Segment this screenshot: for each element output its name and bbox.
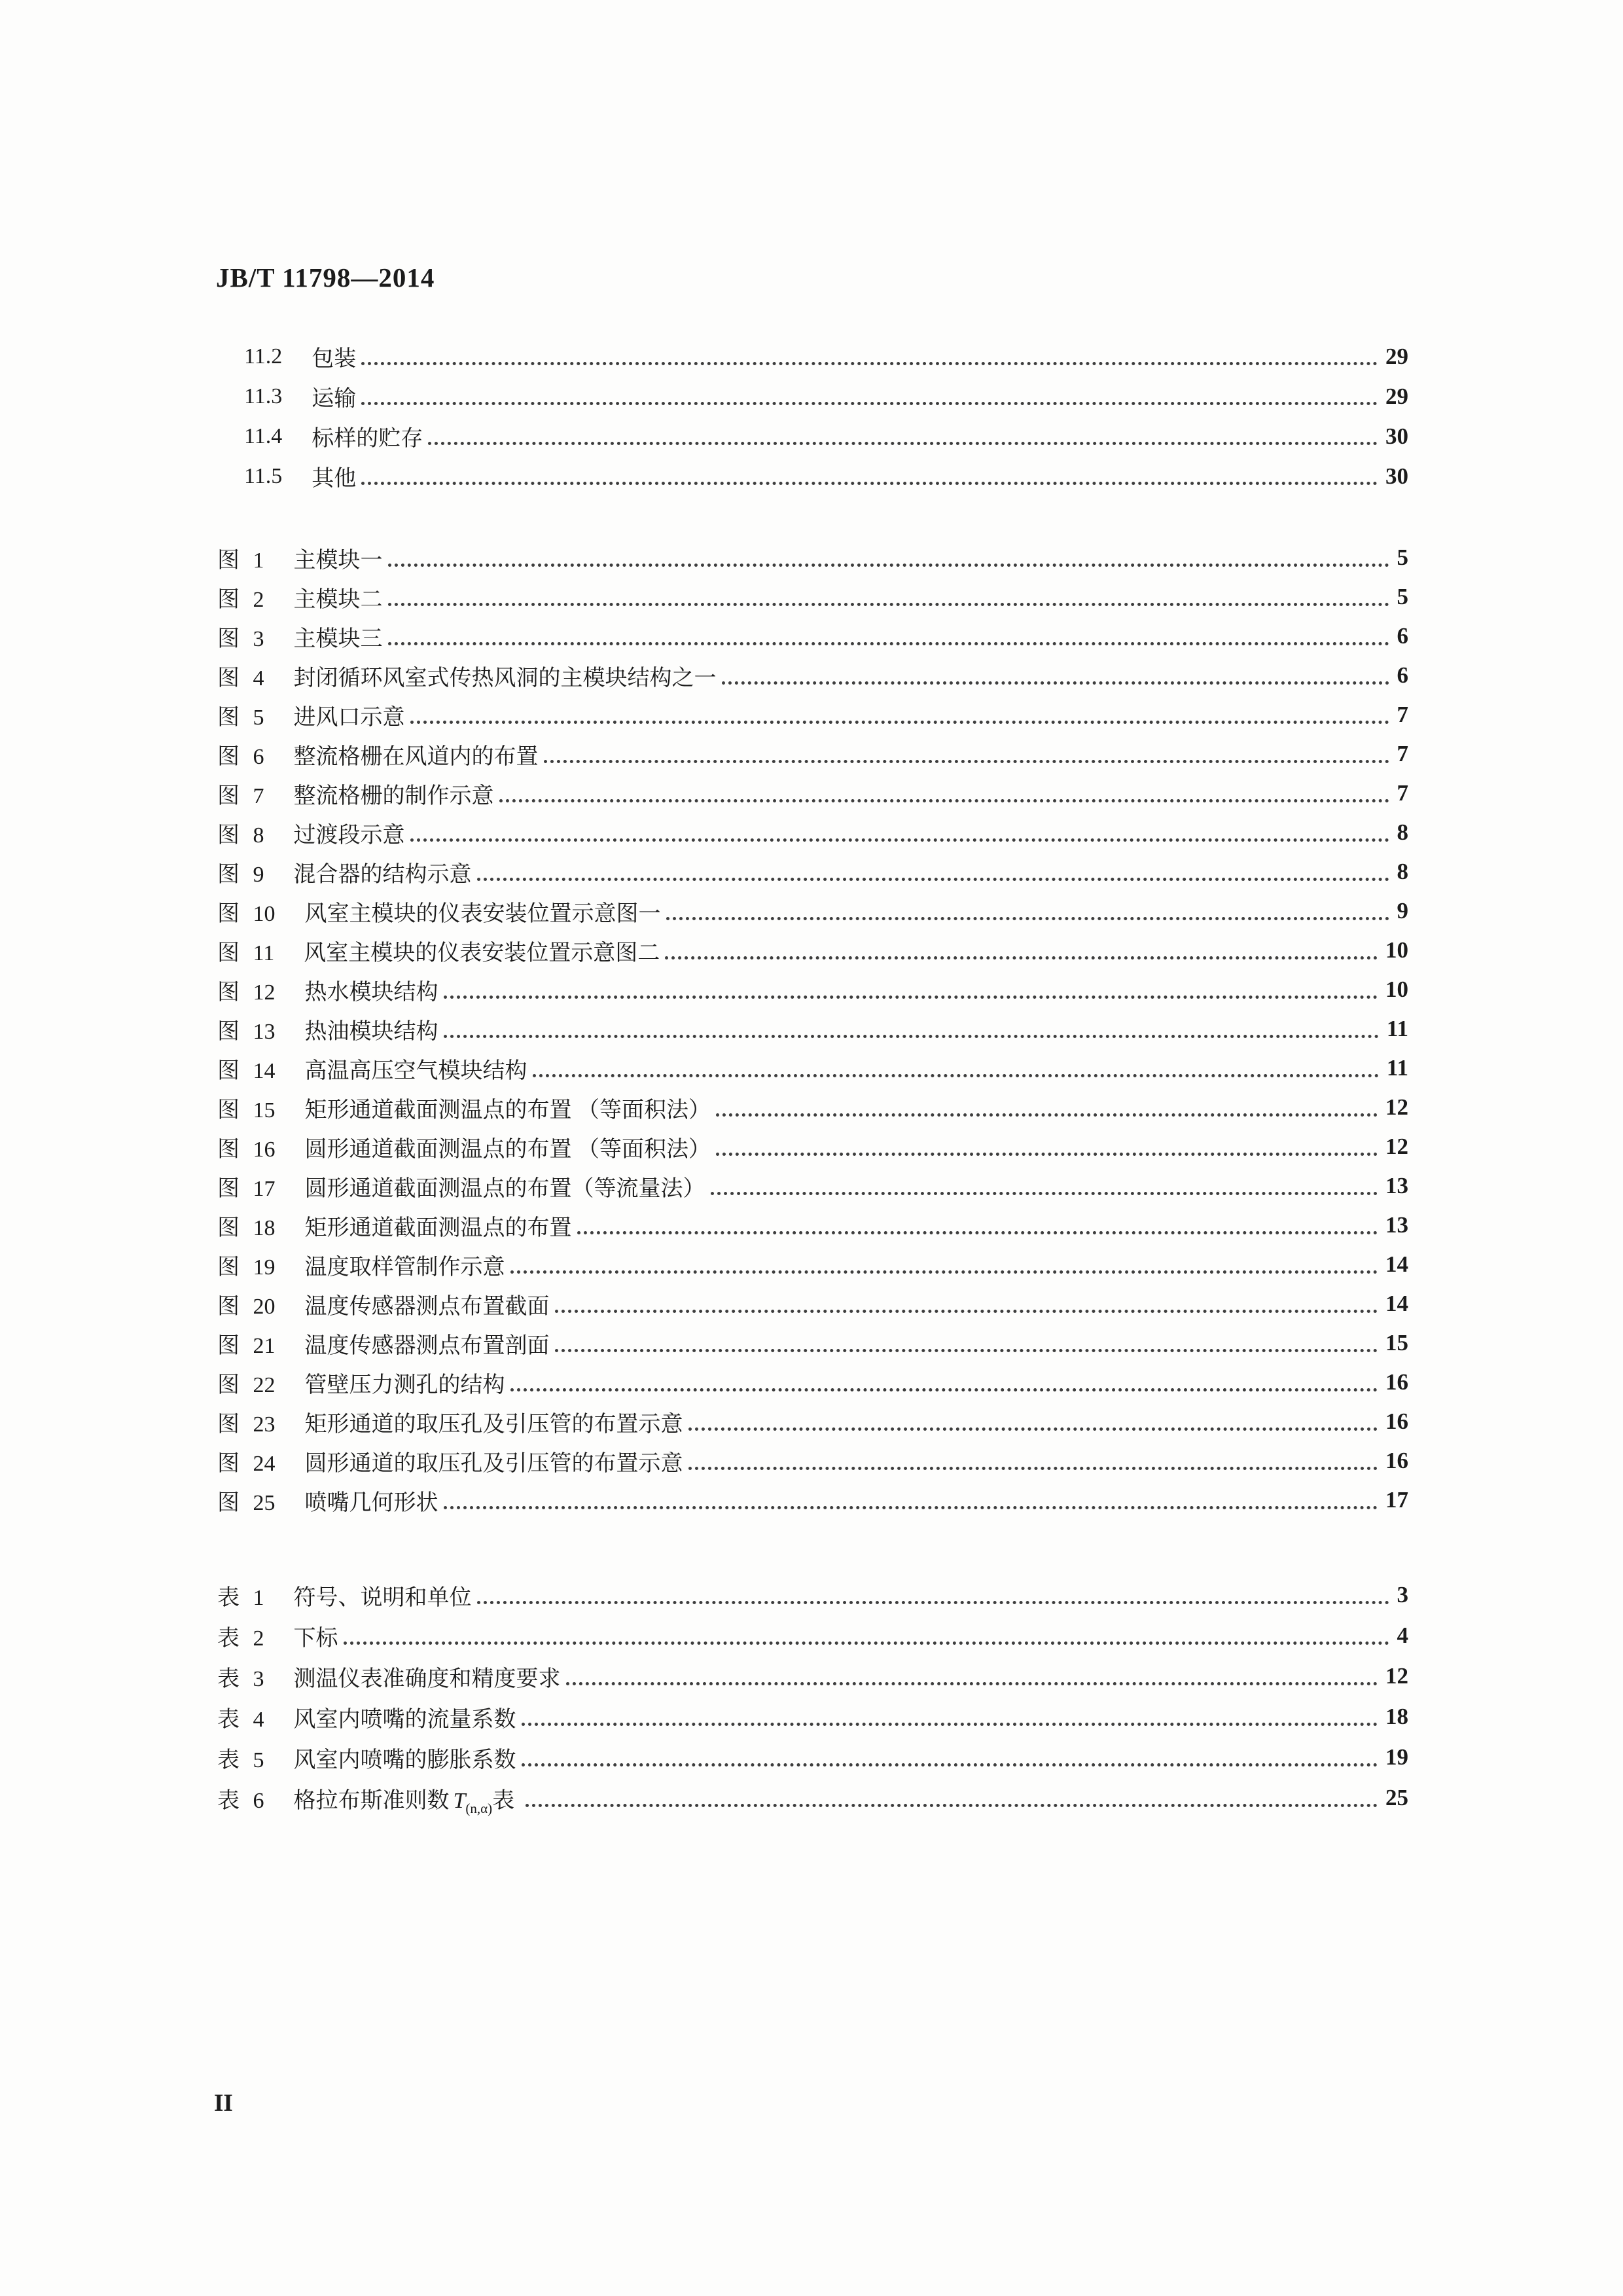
toc-entry-title: 测温仪表准确度和精度要求 — [294, 1660, 561, 1693]
toc-entry-page: 3 — [1397, 1582, 1409, 1608]
toc-entry-page: 16 — [1385, 1408, 1408, 1435]
dot-leader — [428, 442, 1378, 445]
dot-leader — [388, 642, 1389, 645]
dot-leader — [688, 1467, 1378, 1470]
toc-entry-title: 符号、说明和单位 — [294, 1579, 472, 1611]
toc-entry-title: 热油模块结构 — [305, 1013, 438, 1045]
toc-entry-page: 9 — [1397, 898, 1409, 924]
toc-entry-page: 14 — [1385, 1251, 1408, 1278]
toc-entry-page: 12 — [1385, 1134, 1408, 1160]
toc-entry-title: 格拉布斯准则数T(n,α)表 — [294, 1782, 520, 1814]
dot-leader — [555, 1349, 1378, 1352]
dot-leader — [522, 1763, 1378, 1767]
dot-leader — [477, 1601, 1389, 1604]
dot-leader — [510, 1270, 1378, 1274]
toc-entry-label: 图 4 — [217, 660, 264, 692]
toc-entry-title: 圆形通道的取压孔及引压管的布置示意 — [305, 1445, 683, 1477]
toc-entry-page: 17 — [1385, 1487, 1408, 1513]
toc-entry-label: 图 21 — [217, 1327, 276, 1359]
toc-entry: 图 11风室主模块的仪表安装位置示意图二10 — [217, 931, 1408, 970]
dot-leader — [444, 996, 1378, 999]
toc-entry: 表 3测温仪表准确度和精度要求12 — [217, 1656, 1408, 1696]
toc-entry-title: 风室内喷嘴的流量系数 — [294, 1701, 516, 1733]
toc-entry: 图 19温度取样管制作示意14 — [217, 1245, 1408, 1284]
toc-entry: 图 17圆形通道截面测温点的布置（等流量法）13 — [217, 1166, 1408, 1206]
toc-entry-page: 14 — [1385, 1291, 1408, 1317]
toc-entry-label: 图 14 — [217, 1052, 276, 1085]
dot-leader — [577, 1231, 1378, 1234]
toc-entry-page: 18 — [1385, 1704, 1408, 1730]
toc-entry-title: 矩形通道截面测温点的布置 （等面积法） — [305, 1092, 711, 1124]
toc-entry: 图 15矩形通道截面测温点的布置 （等面积法）12 — [217, 1088, 1408, 1127]
dot-leader — [716, 1153, 1378, 1156]
toc-entry-title: 下标 — [294, 1620, 338, 1652]
toc-entry-title-text: 格拉布斯准则数 — [294, 1789, 450, 1813]
toc-entry: 表 5风室内喷嘴的膨胀系数19 — [217, 1737, 1408, 1778]
toc-entry-label: 图 13 — [217, 1013, 276, 1045]
toc-table-list: 表 1符号、说明和单位3表 2下标4表 3测温仪表准确度和精度要求12表 4风室… — [217, 1575, 1408, 1818]
toc-entry: 图 24圆形通道的取压孔及引压管的布置示意16 — [217, 1441, 1408, 1480]
dot-leader — [361, 482, 1378, 485]
toc-entry-title: 圆形通道截面测温点的布置 （等面积法） — [305, 1131, 711, 1163]
dot-leader — [555, 1310, 1378, 1313]
toc-entry-label: 11.5 — [244, 464, 282, 489]
toc-entry: 图 21温度传感器测点布置剖面15 — [217, 1323, 1408, 1363]
toc-entry-label: 图 23 — [217, 1406, 276, 1438]
toc-entry-page: 6 — [1397, 662, 1409, 689]
toc-entry-label: 图 8 — [217, 817, 264, 849]
page-number: II — [214, 2089, 233, 2117]
dot-leader — [344, 1641, 1389, 1645]
toc-entry-title: 矩形通道的取压孔及引压管的布置示意 — [305, 1406, 683, 1438]
toc-entry-page: 13 — [1385, 1212, 1408, 1238]
toc-entry-page: 29 — [1385, 384, 1408, 410]
toc-entry-page: 30 — [1385, 463, 1408, 490]
toc-entry-title-text: 表 — [492, 1789, 520, 1813]
toc-entry-label: 表 6 — [217, 1782, 264, 1814]
toc-entry: 图 3主模块三6 — [217, 617, 1408, 656]
toc-entry-title: 温度传感器测点布置剖面 — [305, 1327, 550, 1359]
toc-entry-page: 7 — [1397, 741, 1409, 767]
dot-leader — [388, 564, 1389, 567]
toc-entry-page: 4 — [1397, 1623, 1409, 1649]
toc-entry-label: 图 18 — [217, 1210, 276, 1242]
toc-entry-title: 运输 — [312, 380, 356, 412]
toc-entry-label: 图 20 — [217, 1288, 276, 1320]
dot-leader — [499, 799, 1389, 802]
toc-entry-page: 19 — [1385, 1744, 1408, 1770]
toc-entry-title: 封闭循环风室式传热风洞的主模块结构之一 — [294, 660, 717, 692]
toc-entry: 图 4封闭循环风室式传热风洞的主模块结构之一6 — [217, 656, 1408, 695]
toc-entry: 图 2主模块二5 — [217, 577, 1408, 617]
toc-entry-label: 图 25 — [217, 1484, 276, 1516]
toc-entry-title: 混合器的结构示意 — [294, 856, 472, 888]
toc-entry-title: 整流格栅在风道内的布置 — [294, 738, 539, 770]
toc-entry-label: 表 3 — [217, 1660, 264, 1693]
toc-entry-page: 30 — [1385, 423, 1408, 450]
toc-entry-label: 图 7 — [217, 778, 264, 810]
dot-leader — [722, 681, 1389, 685]
dot-leader — [666, 917, 1389, 920]
toc-entry-label: 11.2 — [244, 344, 282, 369]
toc-figure-list: 图 1主模块一5图 2主模块二5图 3主模块三6图 4封闭循环风室式传热风洞的主… — [217, 538, 1408, 1520]
toc-entry: 图 10风室主模块的仪表安装位置示意图一9 — [217, 891, 1408, 931]
toc-entry-page: 5 — [1397, 545, 1409, 571]
dot-leader — [410, 721, 1389, 724]
dot-leader — [665, 956, 1378, 960]
toc-chapter-list: 11.2包装2911.3运输2911.4标样的贮存3011.5其他30 — [244, 336, 1408, 496]
toc-entry-page: 6 — [1397, 623, 1409, 649]
dot-leader — [444, 1035, 1379, 1038]
toc-entry: 图 22管壁压力测孔的结构16 — [217, 1363, 1408, 1402]
toc-entry-page: 16 — [1385, 1369, 1408, 1395]
toc-entry: 图 12热水模块结构10 — [217, 970, 1408, 1009]
toc-entry: 表 1符号、说明和单位3 — [217, 1575, 1408, 1615]
toc-entry: 图 7整流格栅的制作示意7 — [217, 774, 1408, 813]
dot-leader — [522, 1723, 1378, 1726]
toc-entry-title: 温度传感器测点布置截面 — [305, 1288, 550, 1320]
dot-leader — [510, 1388, 1378, 1391]
toc-entry-label: 图 15 — [217, 1092, 276, 1124]
toc-entry-label: 图 6 — [217, 738, 264, 770]
toc-entry-title: 热水模块结构 — [305, 974, 438, 1006]
toc-entry-title: 过渡段示意 — [294, 817, 405, 849]
toc-entry: 图 20温度传感器测点布置截面14 — [217, 1284, 1408, 1323]
toc-entry-label: 图 1 — [217, 542, 264, 574]
toc-entry-label: 11.3 — [244, 384, 282, 409]
toc-entry-title: 进风口示意 — [294, 699, 405, 731]
toc-entry-label: 图 19 — [217, 1249, 276, 1281]
math-symbol: T — [450, 1789, 466, 1813]
standard-code: JB/T 11798—2014 — [216, 262, 435, 293]
toc-entry-title: 高温高压空气模块结构 — [305, 1052, 527, 1085]
toc-entry-title: 主模块三 — [294, 620, 383, 653]
toc-entry-page: 8 — [1397, 859, 1409, 885]
toc-entry-label: 图 17 — [217, 1170, 276, 1202]
dot-leader — [711, 1192, 1378, 1195]
toc-entry: 11.5其他30 — [244, 456, 1408, 496]
toc-entry-page: 29 — [1385, 344, 1408, 370]
toc-entry-page: 12 — [1385, 1663, 1408, 1689]
toc-entry-label: 图 2 — [217, 581, 264, 613]
toc-entry: 图 18矩形通道截面测温点的布置13 — [217, 1206, 1408, 1245]
toc-entry-label: 表 4 — [217, 1701, 264, 1733]
toc-entry: 图 6整流格栅在风道内的布置7 — [217, 734, 1408, 774]
toc-entry-label: 图 12 — [217, 974, 276, 1006]
toc-entry-page: 16 — [1385, 1448, 1408, 1474]
toc-entry-label: 图 9 — [217, 856, 264, 888]
toc-entry: 表 6格拉布斯准则数T(n,α)表 25 — [217, 1778, 1408, 1818]
toc-entry-page: 10 — [1385, 977, 1408, 1003]
math-subscript: (n,α) — [465, 1800, 492, 1816]
toc-entry-label: 表 5 — [217, 1742, 264, 1774]
toc-entry-title: 包装 — [312, 340, 356, 372]
toc-entry-title: 主模块二 — [294, 581, 383, 613]
document-page: JB/T 11798—2014 11.2包装2911.3运输2911.4标样的贮… — [0, 0, 1623, 2296]
dot-leader — [688, 1427, 1378, 1431]
toc-entry-title: 管壁压力测孔的结构 — [305, 1367, 505, 1399]
toc-entry-page: 7 — [1397, 702, 1409, 728]
dot-leader — [410, 838, 1389, 842]
toc-entry-title: 标样的贮存 — [312, 420, 423, 452]
toc-entry-label: 图 22 — [217, 1367, 276, 1399]
toc-entry-label: 图 11 — [217, 935, 274, 967]
toc-entry-title: 温度取样管制作示意 — [305, 1249, 505, 1281]
toc-entry: 图 5进风口示意7 — [217, 695, 1408, 734]
toc-entry-page: 5 — [1397, 584, 1409, 610]
dot-leader — [361, 402, 1378, 405]
toc-entry-label: 图 24 — [217, 1445, 276, 1477]
toc-entry-label: 图 10 — [217, 895, 276, 927]
toc-entry: 表 4风室内喷嘴的流量系数18 — [217, 1696, 1408, 1737]
toc-entry-page: 25 — [1385, 1785, 1408, 1811]
toc-entry: 11.2包装29 — [244, 336, 1408, 376]
toc-entry: 图 1主模块一5 — [217, 538, 1408, 577]
toc-entry: 图 9混合器的结构示意8 — [217, 852, 1408, 891]
toc-entry: 图 23矩形通道的取压孔及引压管的布置示意16 — [217, 1402, 1408, 1441]
toc-entry-page: 7 — [1397, 780, 1409, 806]
dot-leader — [716, 1113, 1378, 1117]
toc-entry-page: 15 — [1385, 1330, 1408, 1356]
toc-entry-title: 风室主模块的仪表安装位置示意图二 — [304, 935, 660, 967]
toc-entry-title: 其他 — [312, 460, 356, 492]
toc-entry-title: 圆形通道截面测温点的布置（等流量法） — [305, 1170, 705, 1202]
toc-entry: 11.3运输29 — [244, 376, 1408, 416]
dot-leader — [544, 760, 1389, 763]
toc-entry-title: 风室主模块的仪表安装位置示意图一 — [305, 895, 661, 927]
toc-entry-title: 矩形通道截面测温点的布置 — [305, 1210, 572, 1242]
toc-entry-page: 13 — [1385, 1173, 1408, 1199]
toc-entry: 图 25喷嘴几何形状17 — [217, 1480, 1408, 1520]
toc-entry-title: 喷嘴几何形状 — [305, 1484, 438, 1516]
toc-entry-label: 表 1 — [217, 1579, 264, 1611]
toc-entry-label: 图 5 — [217, 699, 264, 731]
toc-entry-title: 主模块一 — [294, 542, 383, 574]
dot-leader — [533, 1074, 1379, 1077]
toc-entry-page: 11 — [1387, 1016, 1408, 1042]
toc-entry-title: 整流格栅的制作示意 — [294, 778, 494, 810]
toc-entry: 图 14高温高压空气模块结构11 — [217, 1049, 1408, 1088]
toc-entry: 表 2下标4 — [217, 1615, 1408, 1656]
toc-entry: 图 8过渡段示意8 — [217, 813, 1408, 852]
toc-entry-label: 11.4 — [244, 424, 282, 449]
toc-entry-label: 图 16 — [217, 1131, 276, 1163]
toc-entry-page: 8 — [1397, 819, 1409, 846]
toc-entry: 11.4标样的贮存30 — [244, 416, 1408, 456]
dot-leader — [444, 1506, 1378, 1509]
dot-leader — [388, 603, 1389, 606]
toc-entry-page: 11 — [1387, 1055, 1408, 1081]
toc-entry: 图 16圆形通道截面测温点的布置 （等面积法）12 — [217, 1127, 1408, 1166]
dot-leader — [361, 362, 1378, 365]
toc-entry-page: 10 — [1385, 937, 1408, 963]
dot-leader — [526, 1804, 1378, 1807]
toc-entry-title: 风室内喷嘴的膨胀系数 — [294, 1742, 516, 1774]
toc-entry-page: 12 — [1385, 1094, 1408, 1121]
toc-entry-label: 表 2 — [217, 1620, 264, 1652]
dot-leader — [566, 1682, 1378, 1685]
toc-entry: 图 13热油模块结构11 — [217, 1009, 1408, 1049]
dot-leader — [477, 878, 1389, 881]
toc-entry-label: 图 3 — [217, 620, 264, 653]
